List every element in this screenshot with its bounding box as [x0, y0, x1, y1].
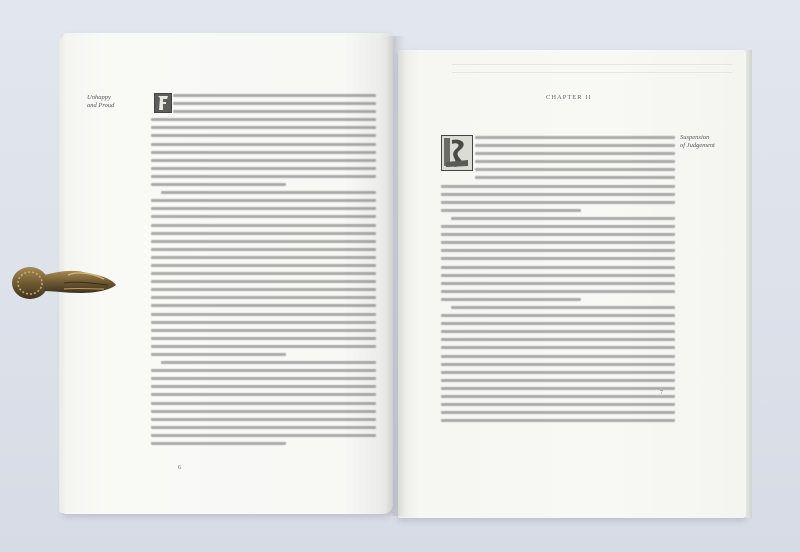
hand-clip-icon	[8, 263, 120, 303]
right-page: CHAPTER II Suspension of Judgement Some …	[398, 50, 746, 518]
brass-hand-book-clip	[8, 263, 120, 303]
left-page-text: For my work on the Arab front I had dete…	[151, 94, 376, 450]
open-book: Unhappy and Proud For my work on the Ara…	[0, 0, 800, 552]
book-gutter	[386, 36, 406, 516]
right-page-text: Some of the evil of my tale may have bee…	[441, 136, 675, 427]
right-margin-note: Suspension of Judgement	[680, 134, 715, 150]
right-page-number: 7	[660, 390, 663, 396]
chapter-heading: CHAPTER II	[546, 94, 592, 101]
left-margin-note: Unhappy and Proud	[87, 94, 114, 110]
left-page-number: 6	[178, 465, 181, 471]
